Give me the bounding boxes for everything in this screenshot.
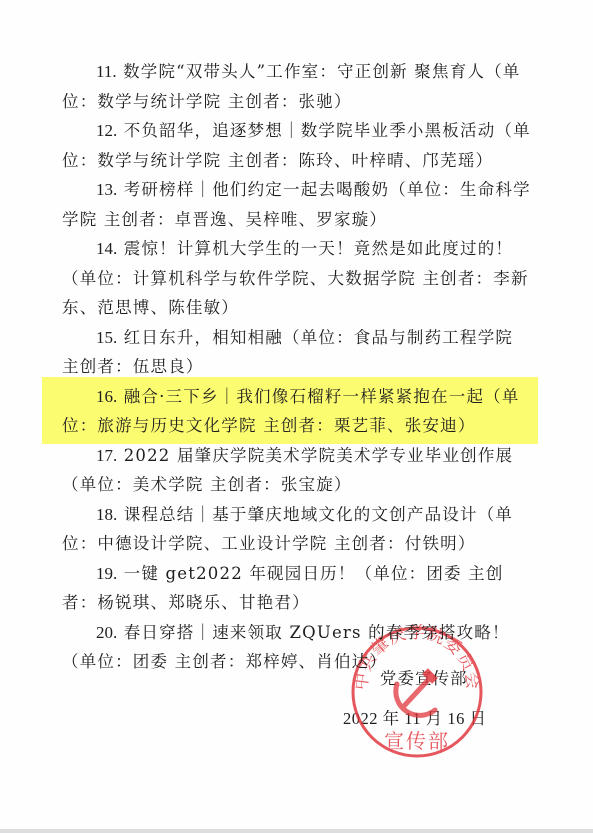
item-text: 春日穿搭｜速来领取 ZQUers 的春季穿搭攻略！（单位：团委 主创者：郑梓婷、…: [62, 623, 510, 672]
list-item-13: 13. 考研榜样｜他们约定一起去喝酸奶（单位：生命科学学院 主创者：卓晋逸、吴梓…: [62, 175, 532, 234]
list-item-16-highlighted: 16. 融合·三下乡｜我们像石榴籽一样紧紧抱在一起（单位：旅游与历史文化学院 主…: [62, 382, 532, 441]
item-number: 14.: [96, 239, 117, 258]
item-number: 16.: [96, 387, 117, 406]
list-item-19: 19. 一键 get2022 年砚园日历！（单位：团委 主创者：杨锐琪、郑晓乐、…: [62, 559, 532, 618]
item-number: 19.: [96, 564, 117, 583]
item-number: 18.: [96, 505, 117, 524]
seal-inner-text: 宣传部: [384, 729, 450, 753]
item-text: 震惊！计算机大学生的一天！竟然是如此度过的！（单位：计算机科学与软件学院、大数据…: [62, 239, 529, 317]
item-number: 15.: [96, 328, 117, 347]
item-text: 不负韶华，追逐梦想｜数学院毕业季小黑板活动（单位：数学与统计学院 主创者：陈玲、…: [62, 121, 531, 170]
item-text: 课程总结｜基于肇庆地域文化的文创产品设计（单位：中德设计学院、工业设计学院 主创…: [62, 505, 513, 554]
list-item-15: 15. 红日东升，相知相融（单位：食品与制药工程学院 主创者：伍思良）: [62, 323, 532, 382]
award-list: 11. 数学院“双带头人”工作室：守正创新 聚焦育人（单位：数学与统计学院 主创…: [62, 57, 532, 677]
signing-date: 2022 年 11 月 16 日: [343, 705, 487, 729]
list-item-18: 18. 课程总结｜基于肇庆地域文化的文创产品设计（单位：中德设计学院、工业设计学…: [62, 500, 532, 559]
page-bottom-edge: [0, 829, 593, 833]
list-item-11: 11. 数学院“双带头人”工作室：守正创新 聚焦育人（单位：数学与统计学院 主创…: [62, 57, 532, 116]
list-item-14: 14. 震惊！计算机大学生的一天！竟然是如此度过的！（单位：计算机科学与软件学院…: [62, 234, 532, 323]
item-number: 13.: [96, 180, 117, 199]
item-number: 12.: [96, 121, 117, 140]
item-number: 17.: [96, 446, 117, 465]
item-text: 红日东升，相知相融（单位：食品与制药工程学院 主创者：伍思良）: [62, 328, 513, 377]
item-text: 融合·三下乡｜我们像石榴籽一样紧紧抱在一起（单位：旅游与历史文化学院 主创者：栗…: [62, 387, 520, 436]
list-item-17: 17. 2022 届肇庆学院美术学院美术学专业毕业创作展（单位：美术学院 主创者…: [62, 441, 532, 500]
item-text: 数学院“双带头人”工作室：守正创新 聚焦育人（单位：数学与统计学院 主创者：张驰…: [62, 62, 521, 111]
item-number: 11.: [96, 62, 117, 81]
item-text: 2022 届肇庆学院美术学院美术学专业毕业创作展（单位：美术学院 主创者：张宝旋…: [62, 446, 513, 495]
item-text: 考研榜样｜他们约定一起去喝酸奶（单位：生命科学学院 主创者：卓晋逸、吴梓唯、罗家…: [62, 180, 531, 229]
document-page: 11. 数学院“双带头人”工作室：守正创新 聚焦育人（单位：数学与统计学院 主创…: [0, 0, 593, 829]
list-item-20: 20. 春日穿搭｜速来领取 ZQUers 的春季穿搭攻略！（单位：团委 主创者：…: [62, 618, 532, 677]
item-text: 一键 get2022 年砚园日历！（单位：团委 主创者：杨锐琪、郑晓乐、甘艳君）: [62, 564, 504, 613]
item-number: 20.: [96, 623, 117, 642]
list-item-12: 12. 不负韶华，追逐梦想｜数学院毕业季小黑板活动（单位：数学与统计学院 主创者…: [62, 116, 532, 175]
